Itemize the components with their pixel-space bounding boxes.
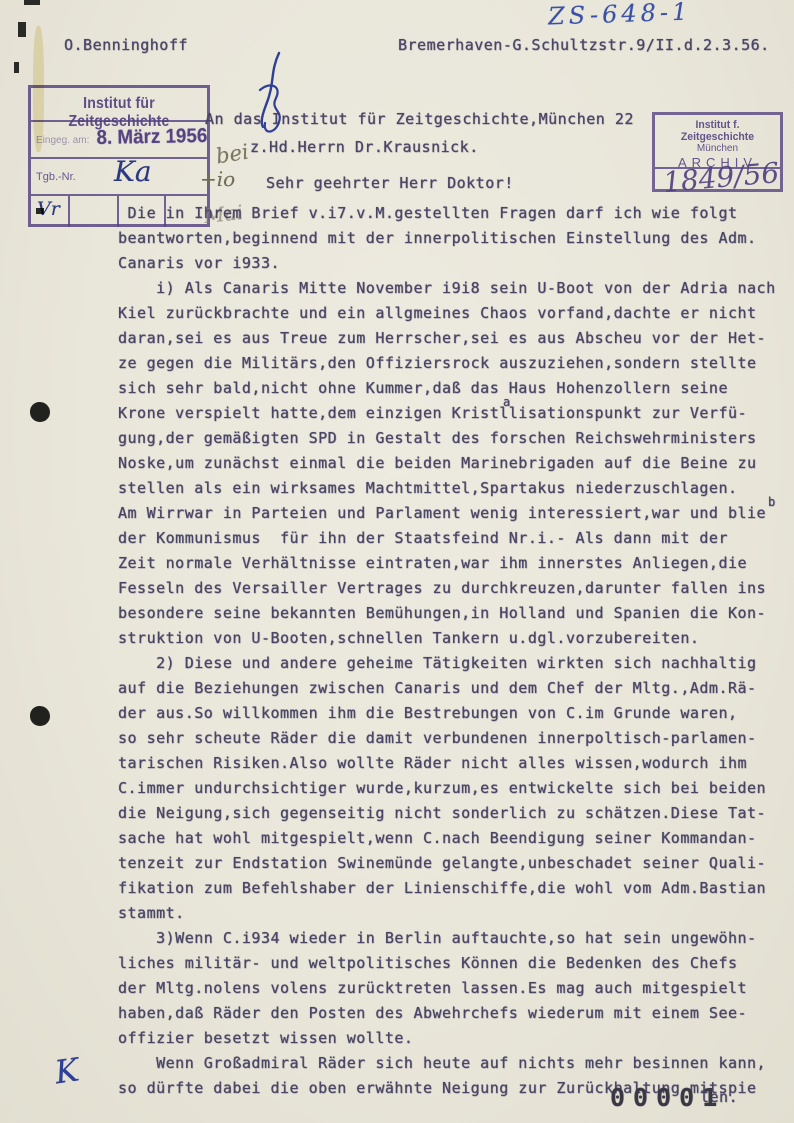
typed-line: Die in Ihrem Brief v.i7.v.M.gestellten F… bbox=[118, 201, 790, 226]
typed-line: Canaris vor i933. bbox=[118, 251, 790, 276]
typed-line: Fesseln des Versailler Vertrages zu durc… bbox=[118, 576, 790, 601]
typed-line: stellen als ein wirksames Machtmittel,Sp… bbox=[118, 476, 790, 501]
pencil-note-1: bei bbox=[214, 140, 250, 169]
received-date-stamp: 8. März 1956 bbox=[96, 125, 207, 150]
journal-number-label: Tgb.-Nr. bbox=[36, 171, 76, 183]
paper-speck bbox=[14, 62, 19, 73]
typed-line: offizier besetzt wissen wollte. bbox=[118, 1026, 790, 1051]
receipt-stamp-date-row: Eingeg. am: 8. März 1956 bbox=[31, 122, 207, 159]
received-label: Eingeg. am: bbox=[36, 135, 89, 146]
typed-line: der aus.So willkommen ihm die Bestrebung… bbox=[118, 701, 790, 726]
typed-line: die Neigung,sich gegenseitig nicht sonde… bbox=[118, 801, 790, 826]
typed-line: beantworten,beginnend mit der innerpolit… bbox=[118, 226, 790, 251]
typed-line: i) Als Canaris Mitte November i9i8 sein … bbox=[118, 276, 790, 301]
archive-stamp-line1: Institut f. Zeitgeschichte bbox=[658, 119, 777, 143]
typed-correction-b: b bbox=[768, 495, 775, 509]
typed-line: Noske,um zunächst einmal die beiden Mari… bbox=[118, 451, 790, 476]
typed-line: fikation zum Befehlshaber der Linienschi… bbox=[118, 876, 790, 901]
typed-line: gung,der gemäßigten SPD in Gestalt des f… bbox=[118, 426, 790, 451]
receipt-stamp-journal-row: Tgb.-Nr. Ka bbox=[31, 159, 207, 196]
salutation: Sehr geehrter Herr Doktor! bbox=[266, 174, 514, 192]
typed-line: auf die Beziehungen zwischen Canaris und… bbox=[118, 676, 790, 701]
ink-initial-bottom-left: K bbox=[52, 1051, 81, 1092]
typed-line: besondere seine bekannten Bemühungen,in … bbox=[118, 601, 790, 626]
paper-speck bbox=[18, 22, 26, 37]
letter-body: Die in Ihrem Brief v.i7.v.M.gestellten F… bbox=[118, 201, 790, 1101]
archive-stamp: Institut f. Zeitgeschichte München ARCHI… bbox=[652, 112, 783, 192]
typed-line: stammt. bbox=[118, 901, 790, 926]
typed-line: C.immer undurchsichtiger wurde,kurzum,es… bbox=[118, 776, 790, 801]
typed-line: der Mltg.nolens volens zurücktreten lass… bbox=[118, 976, 790, 1001]
typed-line: sache hat wohl mitgespielt,wenn C.nach B… bbox=[118, 826, 790, 851]
typed-line: Kiel zurückbrachte und ein allgmeines Ch… bbox=[118, 301, 790, 326]
archive-stamp-line2: München bbox=[655, 143, 780, 154]
clerk-initials-handwritten: Vr bbox=[37, 198, 60, 220]
typed-line: struktion von U-Booten,schnellen Tankern… bbox=[118, 626, 790, 651]
page-number-stamp: 00001 bbox=[610, 1083, 725, 1112]
typed-line: ze gegen die Militärs,den Offiziersrock … bbox=[118, 351, 790, 376]
typed-line: sich sehr bald,nicht ohne Kummer,daß das… bbox=[118, 376, 790, 401]
typed-line: so sehr scheute Räder die damit verbunde… bbox=[118, 726, 790, 751]
typed-line: liches militär- und weltpolitisches Könn… bbox=[118, 951, 790, 976]
recipient-line-2: z.Hd.Herrn Dr.Krausnick. bbox=[250, 138, 479, 156]
hole-punch-bottom bbox=[30, 706, 50, 726]
sender-address-dateline: Bremerhaven-G.Schultzstr.9/II.d.2.3.56. bbox=[398, 36, 770, 54]
pencil-note-2: +io bbox=[200, 167, 235, 191]
stamp-grid-divider bbox=[68, 196, 70, 227]
typed-line: der Kommunismus für ihn der Staatsfeind … bbox=[118, 526, 790, 551]
hole-punch-top bbox=[30, 402, 50, 422]
journal-number-handwritten: Ka bbox=[114, 155, 152, 188]
typed-line: Krone verspielt hatte,dem einzigen Krist… bbox=[118, 401, 790, 426]
typed-line: haben,daß Räder den Posten des Abwehrche… bbox=[118, 1001, 790, 1026]
receipt-stamp-header: Institut für Zeitgeschichte bbox=[31, 88, 207, 122]
typed-line: tenzeit zur Endstation Swinemünde gelang… bbox=[118, 851, 790, 876]
typed-line: 3)Wenn C.i934 wieder in Berlin auftaucht… bbox=[118, 926, 790, 951]
recipient-line-1: An das Institut für Zeitgeschichte,Münch… bbox=[205, 110, 634, 128]
typed-line: Zeit normale Verhältnisse eintraten,war … bbox=[118, 551, 790, 576]
sender-name: O.Benninghoff bbox=[64, 36, 188, 54]
typed-line: Am Wirrwar in Parteien und Parlament wen… bbox=[118, 501, 790, 526]
typed-line: Wenn Großadmiral Räder sich heute auf ni… bbox=[118, 1051, 790, 1076]
typed-line: tarischen Risiken.Also wollte Räder nich… bbox=[118, 751, 790, 776]
typed-line: daran,sei es aus Treue zum Herrscher,sei… bbox=[118, 326, 790, 351]
paper-speck bbox=[24, 0, 40, 5]
scanned-letter-page: O.Benninghoff Bremerhaven-G.Schultzstr.9… bbox=[0, 0, 794, 1123]
typed-correction-a: a bbox=[503, 395, 510, 409]
archive-reference-handwritten: ZS-648-1 bbox=[548, 0, 692, 30]
typed-line: 2) Diese und andere geheime Tätigkeiten … bbox=[118, 651, 790, 676]
